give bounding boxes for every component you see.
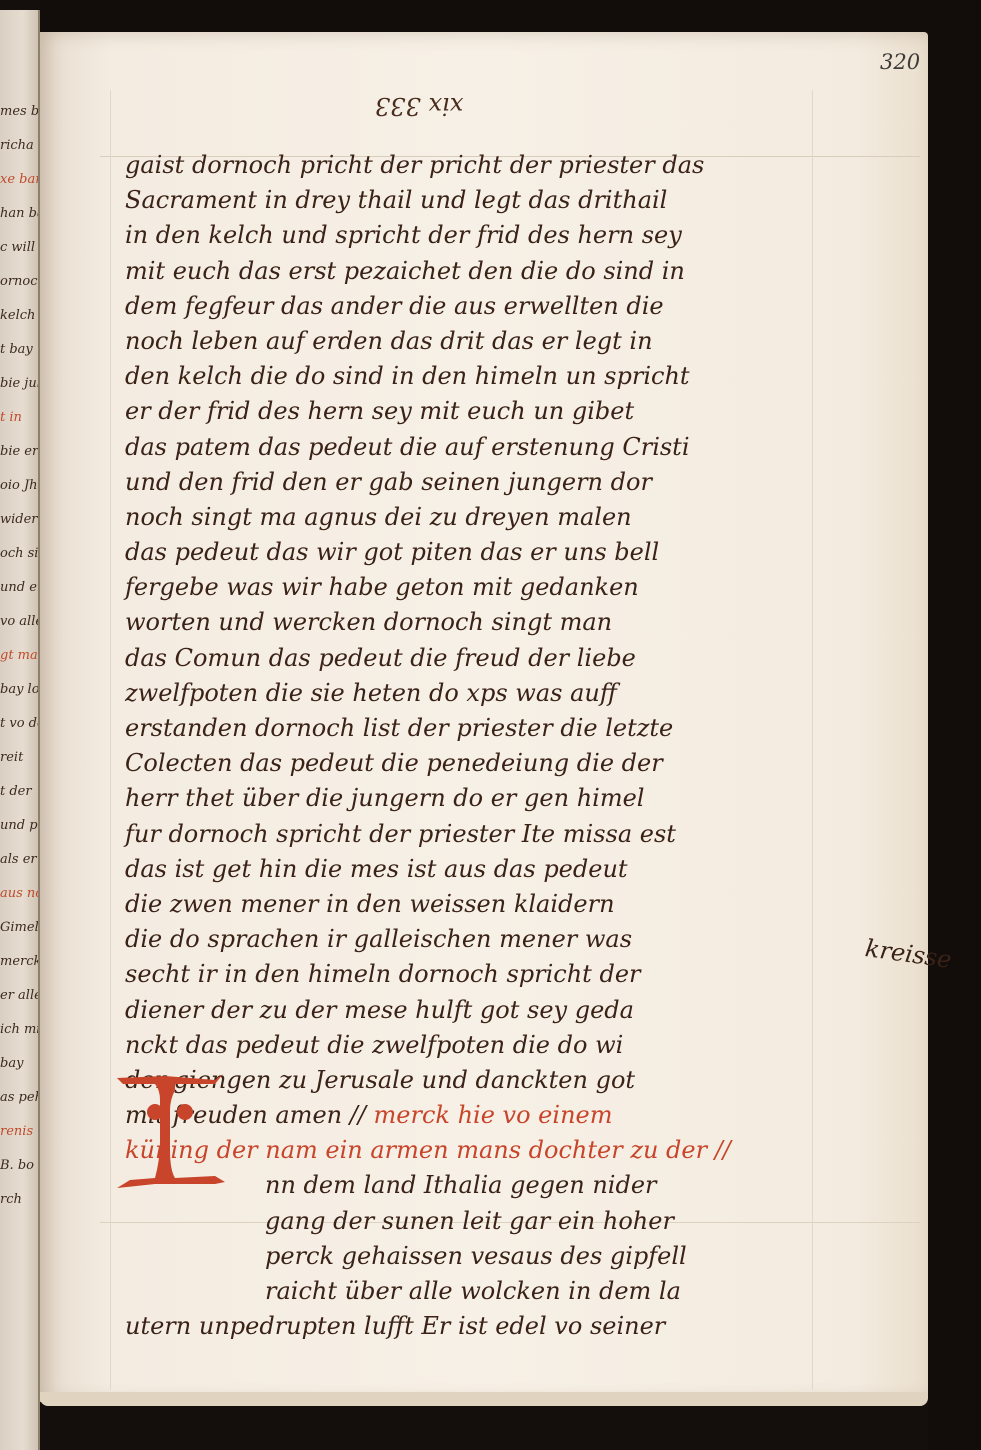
decorated-initial-I bbox=[115, 1070, 265, 1190]
text-line: erstanden dornoch list der priester die … bbox=[125, 711, 845, 746]
facing-page-fragment: c will bbox=[0, 241, 40, 254]
folio-number: 320 bbox=[880, 50, 920, 74]
facing-page-edge: mes bayricha bayxe barhan bayc willornoc… bbox=[0, 10, 40, 1450]
text-line: er der frid des hern sey mit euch un gib… bbox=[125, 394, 845, 429]
facing-page-fragment: han bay bbox=[0, 207, 40, 220]
text-line: herr thet über die jungern do er gen him… bbox=[125, 781, 845, 816]
facing-page-fragment: richa bay bbox=[0, 139, 40, 152]
text-line: Sacrament in drey thail und legt das dri… bbox=[125, 183, 845, 218]
facing-page-fragment: oio Jha bbox=[0, 479, 40, 492]
facing-page-fragment: aus no bbox=[0, 887, 40, 900]
facing-page-fragment: als er bbox=[0, 853, 40, 866]
text-line: das pedeut das wir got piten das er uns … bbox=[125, 535, 845, 570]
facing-page-fragment: kelch bbox=[0, 309, 40, 322]
text-line: in den kelch und spricht der frid des he… bbox=[125, 218, 845, 253]
facing-page-fragment: ornoch bbox=[0, 275, 40, 288]
text-line: das Comun das pedeut die freud der liebe bbox=[125, 641, 845, 676]
text-line: mit euch das erst pezaichet den die do s… bbox=[125, 254, 845, 289]
facing-page-fragment: bay bbox=[0, 1057, 40, 1070]
background-right bbox=[928, 0, 981, 1450]
text-line: zwelfpoten die sie heten do xps was auff bbox=[125, 676, 845, 711]
facing-page-fragment: mes bay bbox=[0, 105, 40, 118]
text-line: das ist get hin die mes ist aus das pede… bbox=[125, 852, 845, 887]
facing-page-fragment: t in bbox=[0, 411, 40, 424]
facing-page-fragment: reit bbox=[0, 751, 40, 764]
text-line: fergebe was wir habe geton mit gedanken bbox=[125, 570, 845, 605]
chapter-line: perck gehaissen vesaus des gipfell bbox=[125, 1239, 845, 1274]
text-line: noch leben auf erden das drit das er leg… bbox=[125, 324, 845, 359]
page-bottom-edge bbox=[40, 1392, 928, 1406]
background-top bbox=[40, 0, 981, 32]
facing-page-fragment: t der bbox=[0, 785, 40, 798]
text-line: das patem das pedeut die auf erstenung C… bbox=[125, 430, 845, 465]
facing-page-fragment: Gimel bbox=[0, 921, 40, 934]
ruling-line-left bbox=[110, 90, 111, 1390]
text-line: die do sprachen ir galleischen mener was bbox=[125, 922, 845, 957]
chapter-line: raicht über alle wolcken in dem la bbox=[125, 1274, 845, 1309]
facing-page-fragment: t bay bbox=[0, 343, 40, 356]
text-line: den kelch die do sind in den himeln un s… bbox=[125, 359, 845, 394]
facing-page-fragment: vo aller bbox=[0, 615, 40, 628]
text-line: diener der zu der mese hulft got sey ged… bbox=[125, 993, 845, 1028]
text-line: nckt das pedeut die zwelfpoten die do wi bbox=[125, 1028, 845, 1063]
facing-page-fragment: er alle bbox=[0, 989, 40, 1002]
chapter-line: gang der sunen leit gar ein hoher bbox=[125, 1204, 845, 1239]
running-header: xix 333 bbox=[375, 92, 463, 120]
facing-page-fragment: bie jub bbox=[0, 377, 40, 390]
facing-page-fragment: och sing bbox=[0, 547, 40, 560]
facing-page-fragment: renis bbox=[0, 1125, 40, 1138]
facing-page-fragment: wider bbox=[0, 513, 40, 526]
facing-page-fragment: as peh bbox=[0, 1091, 40, 1104]
text-line: die zwen mener in den weissen klaidern bbox=[125, 887, 845, 922]
text-line: und den frid den er gab seinen jungern d… bbox=[125, 465, 845, 500]
facing-page-fragment: und p bbox=[0, 819, 40, 832]
facing-page-fragment: gt man bbox=[0, 649, 40, 662]
facing-page-fragment: merck bbox=[0, 955, 40, 968]
facing-page-fragment: bie er bbox=[0, 445, 40, 458]
text-line: gaist dornoch pricht der pricht der prie… bbox=[125, 148, 845, 183]
text-line: dem fegfeur das ander die aus erwellten … bbox=[125, 289, 845, 324]
text-line: Colecten das pedeut die penedeiung die d… bbox=[125, 746, 845, 781]
text-line: secht ir in den himeln dornoch spricht d… bbox=[125, 957, 845, 992]
chapter-line: utern unpedrupten lufft Er ist edel vo s… bbox=[125, 1309, 845, 1344]
rubric-heading-part1: merck hie vo einem bbox=[366, 1101, 613, 1129]
facing-page-fragment: rch bbox=[0, 1193, 40, 1206]
facing-page-fragment: B. bo bbox=[0, 1159, 40, 1172]
facing-page-fragment: ich mit bbox=[0, 1023, 40, 1036]
facing-page-fragment: und er bbox=[0, 581, 40, 594]
facing-page-fragment: bay lob bbox=[0, 683, 40, 696]
text-line: fur dornoch spricht der priester Ite mis… bbox=[125, 817, 845, 852]
text-line: worten und wercken dornoch singt man bbox=[125, 605, 845, 640]
facing-page-fragment: t vo der bbox=[0, 717, 40, 730]
text-line: noch singt ma agnus dei zu dreyen malen bbox=[125, 500, 845, 535]
facing-page-fragment: xe bar bbox=[0, 173, 40, 186]
